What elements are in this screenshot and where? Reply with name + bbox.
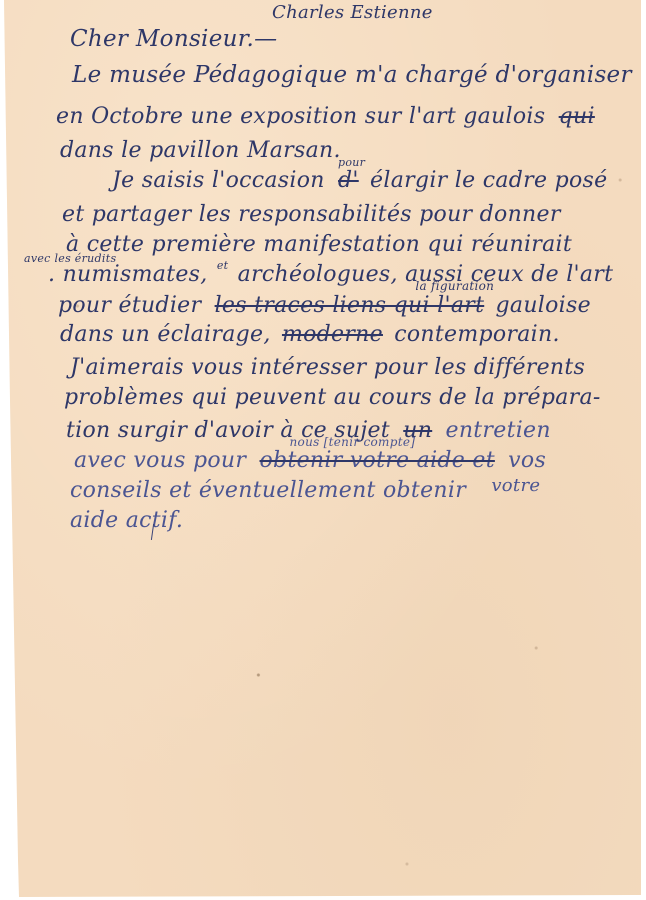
letter-line-8: pour étudier la figuration les traces li… (58, 293, 591, 318)
letter-line-1: Le musée Pédagogique m'a chargé d'organi… (72, 62, 632, 88)
correction-group: la figuration les traces liens qui l'art (215, 293, 485, 318)
letter-line-4-text: Je saisis l'occasion (112, 168, 325, 193)
letter-line-5: et partager les responsabilités pour don… (62, 202, 561, 227)
letter-line-9-pre: dans un éclairage, (60, 322, 271, 347)
letter-line-12-after: entretien (446, 418, 551, 443)
letter-line-8-pre: pour étudier (58, 293, 201, 318)
struck-word: d' (338, 168, 359, 193)
inserted-phrase: nous [tenir compte] (290, 435, 416, 449)
letter-line-14-after: votre (491, 475, 540, 496)
letter-line-14: conseils et éventuellement obtenir votre (70, 478, 540, 503)
letter-line-7: . numismates, et archéologues, aussi ceu… (48, 262, 613, 287)
correction-group: pour d' (338, 168, 359, 193)
letter-line-7-pre: . numismates, (48, 262, 208, 287)
struck-phrase: les traces liens qui l'art (215, 293, 485, 318)
letter-line-15: aide actif. (70, 508, 183, 533)
letter-line-6: à cette première manifestation qui réuni… (66, 232, 572, 257)
correction-group: nous [tenir compte] obtenir votre aide e… (260, 448, 495, 473)
letter-line-2: en Octobre une exposition sur l'art gaul… (56, 104, 595, 129)
header-name: Charles Estienne (272, 2, 433, 23)
letter-line-2-text: en Octobre une exposition sur l'art gaul… (56, 104, 545, 129)
inserted-word: pour (338, 156, 365, 169)
struck-phrase: obtenir votre aide et (260, 448, 495, 473)
letter-line-10: J'aimerais vous intéresser pour les diff… (70, 355, 585, 380)
letter-line-9: dans un éclairage, moderne contemporain. (60, 322, 560, 347)
letter-line-13: avec vous pour nous [tenir compte] obten… (74, 448, 546, 473)
salutation: Cher Monsieur.— (70, 26, 277, 52)
letter-line-14-pre: conseils et éventuellement obtenir (70, 478, 466, 503)
letter-line-3: dans le pavillon Marsan. (60, 138, 341, 163)
letter-line-11: problèmes qui peuvent au cours de la pré… (64, 385, 601, 410)
letter-line-4: Je saisis l'occasion pour d' élargir le … (112, 168, 607, 193)
letter-line-13-pre: avec vous pour (74, 448, 246, 473)
struck-word: moderne (282, 322, 383, 347)
inserted-word: la figuration (415, 279, 494, 293)
letter-line-9-after: contemporain. (394, 322, 560, 347)
struck-word: qui (559, 104, 595, 129)
letter-line-8-after: gauloise (496, 293, 591, 318)
letter-line-4-text-after: élargir le cadre posé (370, 168, 607, 193)
letter-line-13-after: vos (508, 448, 546, 473)
inserted-word: et (217, 259, 229, 272)
